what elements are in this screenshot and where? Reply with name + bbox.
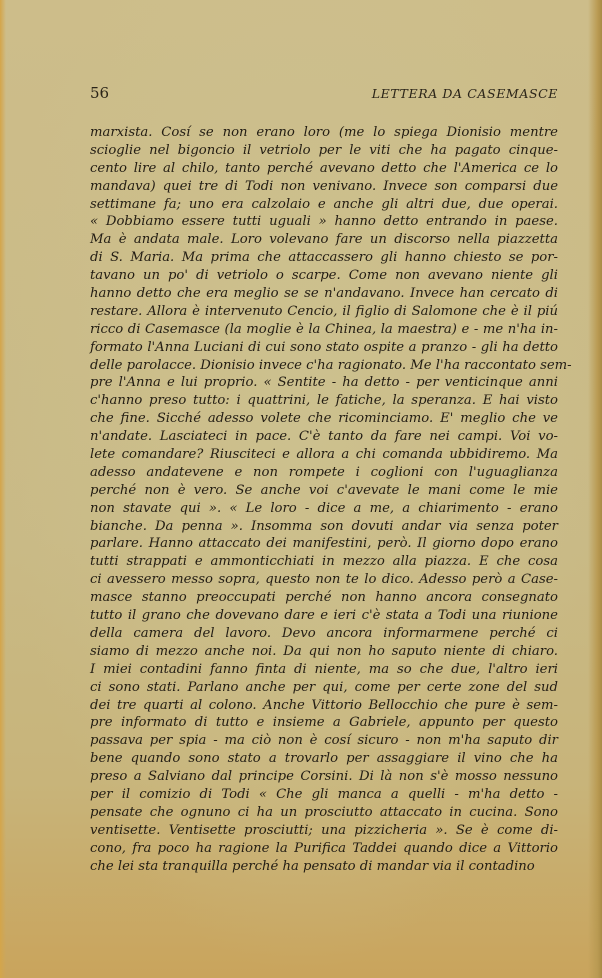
text-line: ventisette. Ventisette prosciutti; una p… xyxy=(90,822,558,840)
text-line: marxista. Cosí se non erano loro (me lo … xyxy=(90,124,558,142)
text-line: per il comizio di Todi « Che gli manca a… xyxy=(90,786,558,804)
text-line: tutto il grano che dovevano dare e ieri … xyxy=(90,607,558,625)
text-line: restare. Allora è intervenuto Cencio, il… xyxy=(90,303,558,321)
text-line: che lei sta tranquilla perché ha pensato… xyxy=(90,858,558,876)
book-page: 56 LETTERA DA CASEMASCE marxista. Cosí s… xyxy=(0,0,602,978)
page-number: 56 xyxy=(90,84,109,102)
text-line: perché non è vero. Se anche voi c'avevat… xyxy=(90,482,558,500)
text-line: delle parolacce. Dionisio invece c'ha ra… xyxy=(90,357,558,375)
text-line: dei tre quarti al colono. Anche Vittorio… xyxy=(90,697,558,715)
text-line: non stavate qui ». « Le loro - dice a me… xyxy=(90,500,558,518)
text-line: mandava) quei tre di Todi non venivano. … xyxy=(90,178,558,196)
text-line: ricco di Casemasce (la moglie è la Chine… xyxy=(90,321,558,339)
text-line: cono, fra poco ha ragione la Purifica Ta… xyxy=(90,840,558,858)
text-line: Ma è andata male. Loro volevano fare un … xyxy=(90,231,558,249)
text-line: n'andate. Lasciateci in pace. C'è tanto … xyxy=(90,428,558,446)
text-line: preso a Salviano dal principe Corsini. D… xyxy=(90,768,558,786)
page-edge-left xyxy=(0,0,6,978)
text-line: hanno detto che era meglio se se n'andav… xyxy=(90,285,558,303)
text-line: formato l'Anna Luciani di cui sono stato… xyxy=(90,339,558,357)
text-line: ci sono stati. Parlano anche per qui, co… xyxy=(90,679,558,697)
running-title: LETTERA DA CASEMASCE xyxy=(372,86,558,101)
text-line: settimane fa; uno era calzolaio e anche … xyxy=(90,196,558,214)
page-edge-right xyxy=(588,0,602,978)
text-line: ci avessero messo sopra, questo non te l… xyxy=(90,571,558,589)
text-line: della camera del lavoro. Devo ancora inf… xyxy=(90,625,558,643)
page-header: 56 LETTERA DA CASEMASCE xyxy=(90,84,558,104)
text-line: tutti strappati e ammonticchiati in mezz… xyxy=(90,553,558,571)
text-line: di S. Maria. Ma prima che attaccassero g… xyxy=(90,249,558,267)
text-line: lete comandare? Riusciteci e allora a ch… xyxy=(90,446,558,464)
text-line: che fine. Sicché adesso volete che ricom… xyxy=(90,410,558,428)
text-line: tavano un po' di vetriolo o scarpe. Come… xyxy=(90,267,558,285)
text-line: pensate che ognuno ci ha un prosciutto a… xyxy=(90,804,558,822)
text-line: pre informato di tutto e insieme a Gabri… xyxy=(90,714,558,732)
text-line: passava per spia - ma ciò non è cosí sic… xyxy=(90,732,558,750)
text-line: bianche. Da penna ». Insomma son dovuti … xyxy=(90,518,558,536)
text-line: parlare. Hanno attaccato dei manifestini… xyxy=(90,535,558,553)
text-line: adesso andatevene e non rompete i coglio… xyxy=(90,464,558,482)
text-line: masce stanno preoccupati perché non hann… xyxy=(90,589,558,607)
text-line: c'hanno preso tutto: i quattrini, le fat… xyxy=(90,392,558,410)
body-text: marxista. Cosí se non erano loro (me lo … xyxy=(90,124,558,875)
text-line: siamo di mezzo anche noi. Da qui non ho … xyxy=(90,643,558,661)
text-line: I miei contadini fanno finta di niente, … xyxy=(90,661,558,679)
text-line: cento lire al chilo, tanto perché avevan… xyxy=(90,160,558,178)
text-line: scioglie nel bigoncio il vetriolo per le… xyxy=(90,142,558,160)
text-line: « Dobbiamo essere tutti uguali » hanno d… xyxy=(90,213,558,231)
text-line: bene quando sono stato a trovarlo per as… xyxy=(90,750,558,768)
text-line: pre l'Anna e lui proprio. « Sentite - ha… xyxy=(90,374,558,392)
